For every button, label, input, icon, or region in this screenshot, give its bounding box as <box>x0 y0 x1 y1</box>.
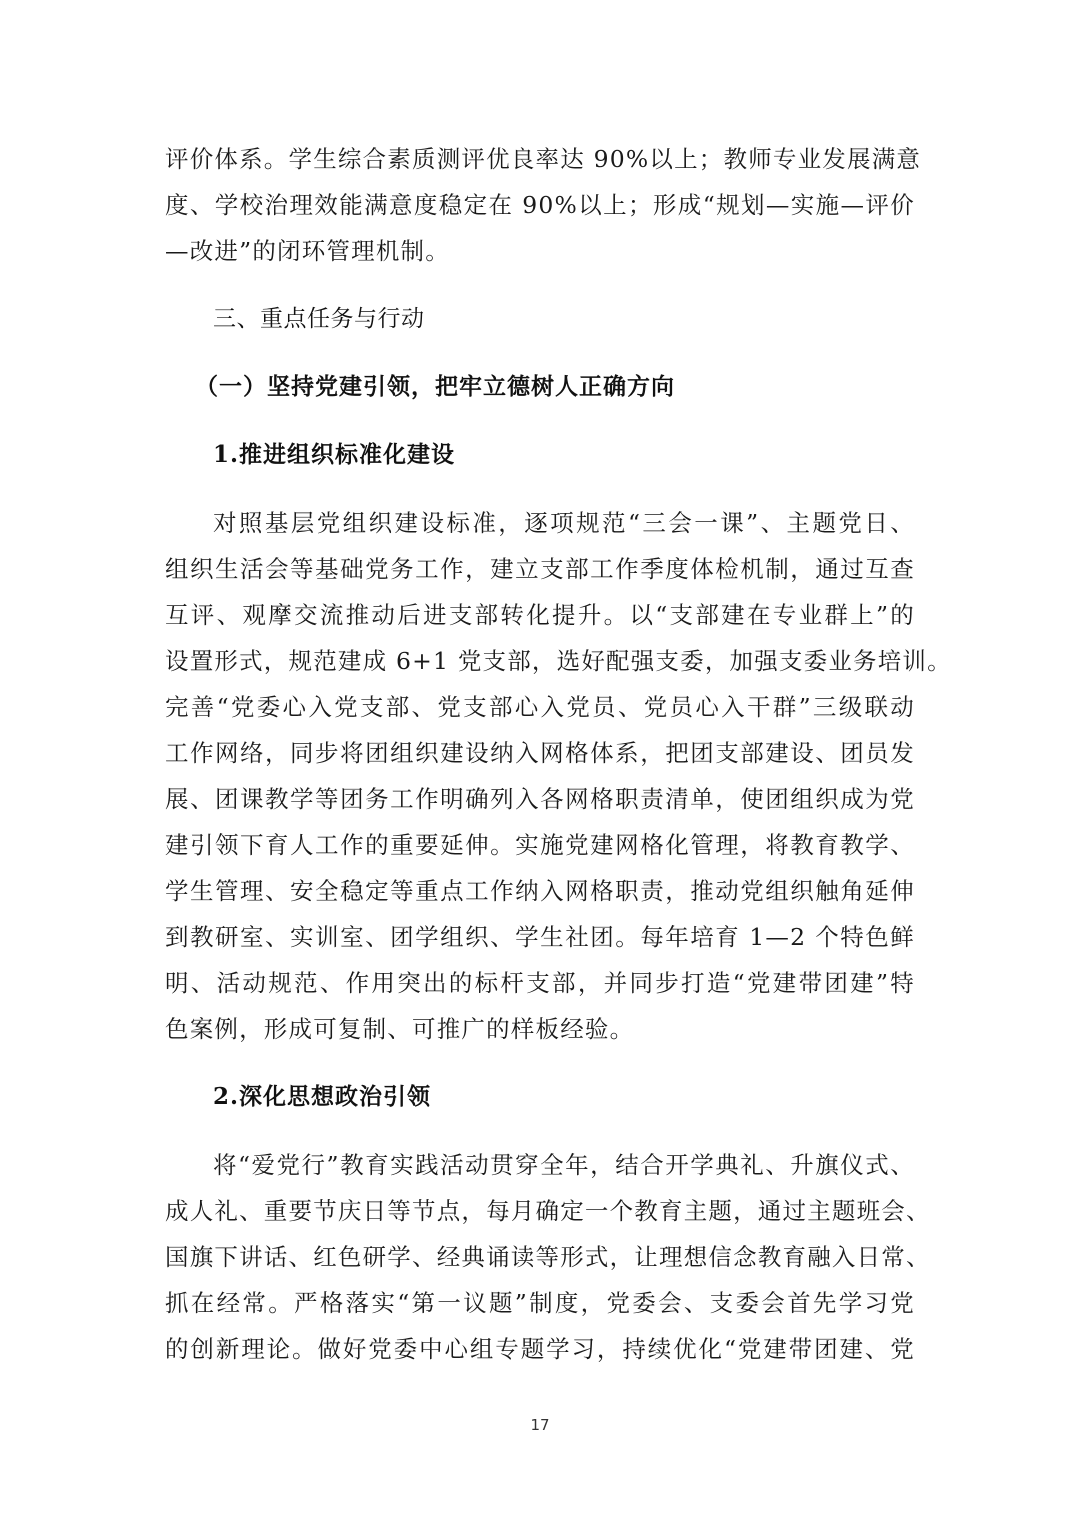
text-line: 互评、观摩交流推动后进支部转化提升。以“支部建在专业群上”的 <box>165 592 915 638</box>
text-line: 抓在经常。严格落实“第一议题”制度，党委会、支委会首先学习党 <box>165 1280 915 1326</box>
text-line: 组织生活会等基础党务工作，建立支部工作季度体检机制，通过互查 <box>165 546 915 592</box>
item-heading: 1.推进组织标准化建设 <box>165 432 915 478</box>
text-line: 到教研室、实训室、团学组织、学生社团。每年培育 1—2 个特色鲜 <box>165 914 915 960</box>
item-paragraph: 对照基层党组织建设标准，逐项规范“三会一课”、主题党日、 组织生活会等基础党务工… <box>165 500 915 1052</box>
text-line: 设置形式，规范建成 6+1 党支部，选好配强支委，加强支委业务培训。 <box>165 638 915 684</box>
text-line: 学生管理、安全稳定等重点工作纳入网格职责，推动党组织触角延伸 <box>165 868 915 914</box>
text-line: 评价体系。学生综合素质测评优良率达 90%以上；教师专业发展满意 <box>165 136 915 182</box>
text-line: 工作网络，同步将团组织建设纳入网格体系，把团支部建设、团员发 <box>165 730 915 776</box>
document-page: 评价体系。学生综合素质测评优良率达 90%以上；教师专业发展满意 度、学校治理效… <box>165 136 915 1372</box>
text-line: 度、学校治理效能满意度稳定在 90%以上；形成“规划—实施—评价 <box>165 182 915 228</box>
text-line: 将“爱党行”教育实践活动贯穿全年，结合开学典礼、升旗仪式、 <box>165 1142 915 1188</box>
text-line: —改进”的闭环管理机制。 <box>165 228 915 274</box>
text-line: 明、活动规范、作用突出的标杆支部，并同步打造“党建带团建”特 <box>165 960 915 1006</box>
text-line: 完善“党委心入党支部、党支部心入党员、党员心入干群”三级联动 <box>165 684 915 730</box>
intro-paragraph: 评价体系。学生综合素质测评优良率达 90%以上；教师专业发展满意 度、学校治理效… <box>165 136 915 274</box>
item-heading: 2.深化思想政治引领 <box>165 1074 915 1120</box>
page-number: 17 <box>0 1416 1080 1434</box>
text-line: 国旗下讲话、红色研学、经典诵读等形式，让理想信念教育融入日常、 <box>165 1234 915 1280</box>
text-line: 对照基层党组织建设标准，逐项规范“三会一课”、主题党日、 <box>165 500 915 546</box>
text-line: 色案例，形成可复制、可推广的样板经验。 <box>165 1006 915 1052</box>
item-paragraph: 将“爱党行”教育实践活动贯穿全年，结合开学典礼、升旗仪式、 成人礼、重要节庆日等… <box>165 1142 915 1372</box>
text-line: 建引领下育人工作的重要延伸。实施党建网格化管理，将教育教学、 <box>165 822 915 868</box>
text-line: 成人礼、重要节庆日等节点，每月确定一个教育主题，通过主题班会、 <box>165 1188 915 1234</box>
section-heading: 三、重点任务与行动 <box>165 296 915 342</box>
subsection-heading: （一）坚持党建引领，把牢立德树人正确方向 <box>165 364 915 410</box>
text-line: 展、团课教学等团务工作明确列入各网格职责清单，使团组织成为党 <box>165 776 915 822</box>
text-line: 的创新理论。做好党委中心组专题学习，持续优化“党建带团建、党 <box>165 1326 915 1372</box>
